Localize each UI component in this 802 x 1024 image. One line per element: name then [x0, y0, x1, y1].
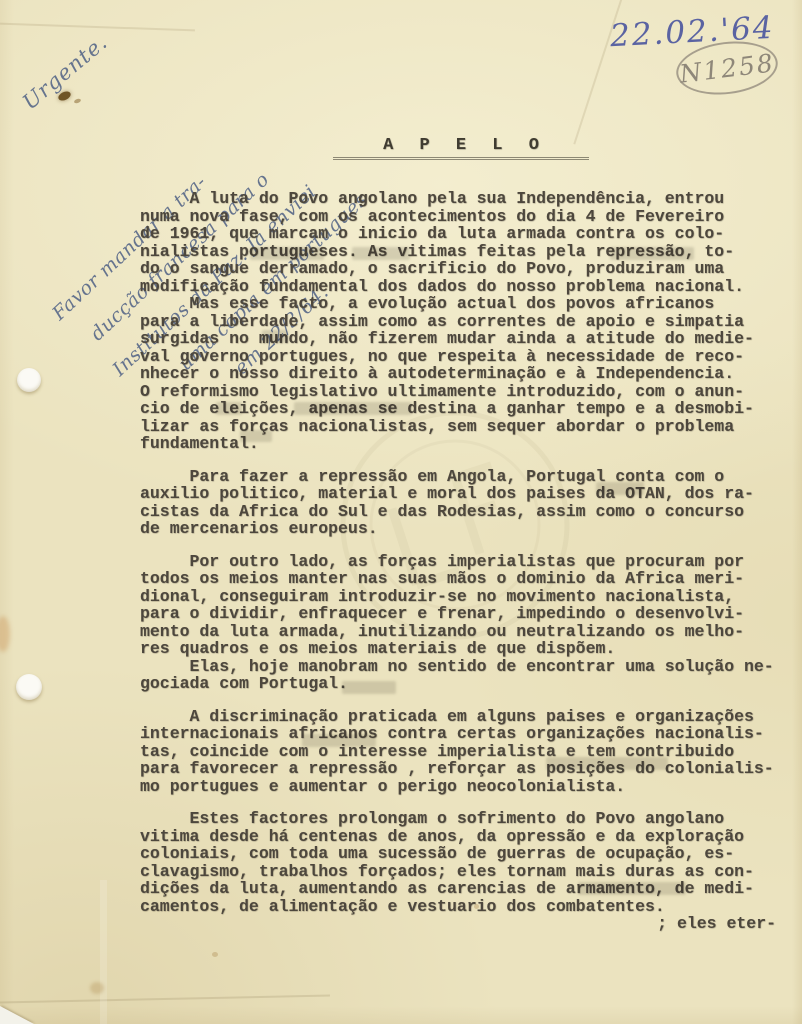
reference-number: N1258 — [678, 48, 776, 88]
ink-smudge — [610, 247, 694, 260]
ink-smudge — [596, 482, 644, 495]
corner-tear — [0, 1006, 34, 1024]
paper-stain — [212, 952, 218, 957]
title-block: A P E L O — [140, 136, 782, 158]
handwritten-urgente-note: Urgente. — [18, 30, 112, 114]
scanned-document-page: Urgente. Favor mandar a tra- ducção fran… — [0, 0, 802, 1024]
ink-stain — [74, 98, 82, 104]
ink-smudge — [240, 430, 272, 442]
paper-stain — [90, 982, 104, 994]
ink-smudge — [216, 402, 242, 415]
ink-smudge — [578, 882, 686, 895]
ink-smudge — [302, 734, 376, 747]
punch-hole-top — [17, 368, 41, 392]
paragraph-3: Por outro lado, as forças imperialistas … — [140, 553, 782, 693]
ink-smudge — [250, 247, 324, 260]
paragraph-4: A discriminação praticada em alguns pais… — [140, 708, 782, 796]
ink-smudge — [352, 247, 410, 260]
paper-stain — [0, 616, 10, 652]
ink-smudge — [546, 757, 668, 770]
ink-smudge — [294, 402, 412, 415]
paragraph-5: Estes factores prolongam o sofrimento do… — [140, 810, 782, 915]
ink-smudge — [262, 330, 288, 343]
paper-crease — [100, 880, 107, 1024]
paper-crease — [0, 995, 330, 1004]
trailing-typed-fragment: ; eles eter- — [140, 915, 782, 933]
ink-smudge — [342, 681, 396, 694]
punch-hole-bottom — [16, 674, 42, 700]
document-title: A P E L O — [333, 136, 589, 160]
paper-crease — [0, 23, 195, 31]
paragraph-2: Para fazer a repressão em Angola, Portug… — [140, 468, 782, 538]
